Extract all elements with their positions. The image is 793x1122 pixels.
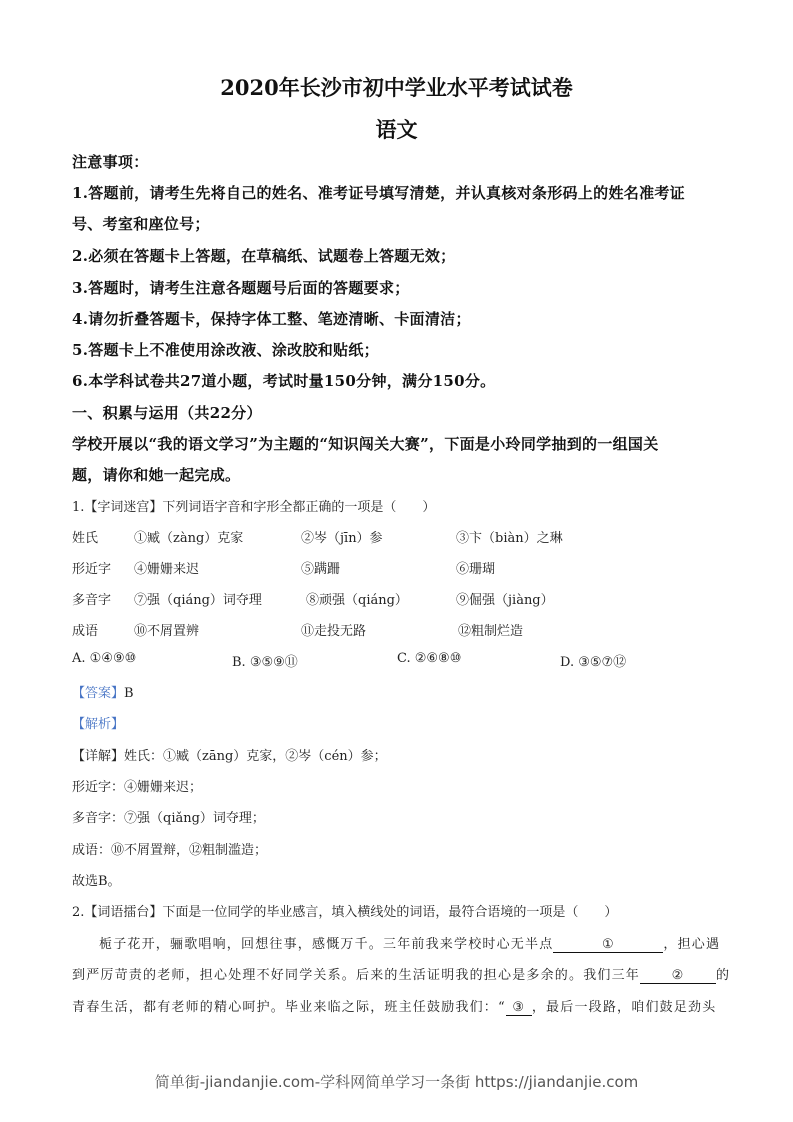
- passage-text: 青春生活，都有老师的精心呵护。毕业来临之际，班主任鼓励我们：“: [72, 1000, 506, 1015]
- notice-item: 5.答题卡上不准使用涂改液、涂改胶和贴纸；: [72, 339, 379, 360]
- option-b[interactable]: B. ③⑤⑨⑪: [232, 651, 298, 670]
- notice-item: 2.必须在答题卡上答题，在草稿纸、试题卷上答题无效；: [72, 245, 455, 266]
- detail-line: 成语：⑩不屑置辩，⑫粗制滥造；: [72, 839, 267, 858]
- passage-line: 栀子花开，骊歌唱响，回想往事，感慨万千。三年前我来学校时心无半点①，担心遇: [99, 933, 720, 953]
- answer-value: B: [124, 686, 134, 701]
- detail-line: 形近字：④姗姗来迟；: [72, 776, 202, 795]
- row-item: ⑦强（qiáng）词夺理: [134, 589, 262, 608]
- question-stem: 1.【字词迷宫】下列词语字音和字形全都正确的一项是（ ）: [72, 496, 435, 515]
- blank-3[interactable]: ③: [506, 1000, 532, 1016]
- row-label: 形近字: [72, 558, 111, 577]
- option-d[interactable]: D. ③⑤⑦⑫: [560, 651, 626, 670]
- passage-text: 到严厉苛责的老师，担心处理不好同学关系。后来的生活证明我的担心是多余的。我们三年: [72, 968, 640, 983]
- row-item: ⑨倔强（jiàng）: [456, 589, 554, 608]
- passage-line: 到严厉苛责的老师，担心处理不好同学关系。后来的生活证明我的担心是多余的。我们三年…: [72, 964, 730, 984]
- notice-heading: 注意事项：: [72, 151, 149, 172]
- notice-item: 号、考室和座位号；: [72, 213, 210, 234]
- passage-text: ，最后一段路，咱们鼓足劲头: [532, 1000, 717, 1015]
- row-item: ⑩不屑置辨: [134, 620, 199, 639]
- page-title: 2020年长沙市初中学业水平考试试卷: [0, 72, 793, 102]
- passage-text: 的: [716, 968, 730, 983]
- detail-line: 多音字：⑦强（qiǎng）词夺理；: [72, 807, 265, 826]
- notice-item: 6.本学科试卷共27道小题，考试时量150分钟，满分150分。: [72, 370, 495, 391]
- passage-line: 青春生活，都有老师的精心呵护。毕业来临之际，班主任鼓励我们：“③，最后一段路，咱…: [72, 996, 716, 1016]
- notice-item: 3.答题时，请考生注意各题题号后面的答题要求；: [72, 277, 410, 298]
- detail-line: 【详解】姓氏：①臧（zāng）克家，②岑（cén）参；: [72, 745, 387, 764]
- row-item: ①臧（zàng）克家: [134, 527, 243, 546]
- notice-item: 4.请勿折叠答题卡，保持字体工整、笔迹清晰、卡面清洁；: [72, 308, 471, 329]
- row-label: 多音字: [72, 589, 111, 608]
- row-item: ⑪走投无路: [301, 620, 366, 639]
- footer-watermark: 简单街-jiandanjie.com-学科网简单学习一条街 https://ji…: [0, 1071, 793, 1092]
- section-heading: 一、积累与运用（共22分）: [72, 402, 262, 423]
- notice-item: 1.答题前，请考生先将自己的姓名、准考证号填写清楚，并认真核对条形码上的姓名准考…: [72, 182, 685, 203]
- passage-text: 栀子花开，骊歌唱响，回想往事，感慨万千。三年前我来学校时心无半点: [99, 937, 553, 952]
- detail-line: 故选B。: [72, 870, 121, 889]
- blank-2[interactable]: ②: [640, 968, 716, 984]
- question-stem: 2.【词语擂台】下面是一位同学的毕业感言，填入横线处的词语，最符合语境的一项是（…: [72, 901, 617, 920]
- option-c[interactable]: C. ②⑥⑧⑩: [397, 651, 461, 666]
- row-item: ⑥珊瑚: [456, 558, 495, 577]
- row-item: ⑫粗制烂造: [458, 620, 523, 639]
- row-label: 姓氏: [72, 527, 98, 546]
- row-item: ②岑（jīn）参: [301, 527, 383, 546]
- subject-title: 语文: [0, 114, 793, 144]
- option-a[interactable]: A. ①④⑨⑩: [72, 651, 136, 666]
- section-intro: 题，请你和她一起完成。: [72, 464, 240, 485]
- passage-text: ，担心遇: [663, 937, 720, 952]
- answer-label: 【答案】: [72, 686, 124, 701]
- row-label: 成语: [72, 620, 98, 639]
- section-intro: 学校开展以“我的语文学习”为主题的“知识闯关大赛”，下面是小玲同学抽到的一组国关: [72, 433, 659, 454]
- analysis-label: 【解析】: [72, 713, 124, 732]
- row-item: ⑤蹒跚: [301, 558, 340, 577]
- answer-line: 【答案】B: [72, 682, 134, 701]
- row-item: ④姗姗来迟: [134, 558, 199, 577]
- blank-1[interactable]: ①: [553, 937, 663, 953]
- row-item: ③卞（biàn）之琳: [456, 527, 563, 546]
- row-item: ⑧顽强（qiáng）: [306, 589, 408, 608]
